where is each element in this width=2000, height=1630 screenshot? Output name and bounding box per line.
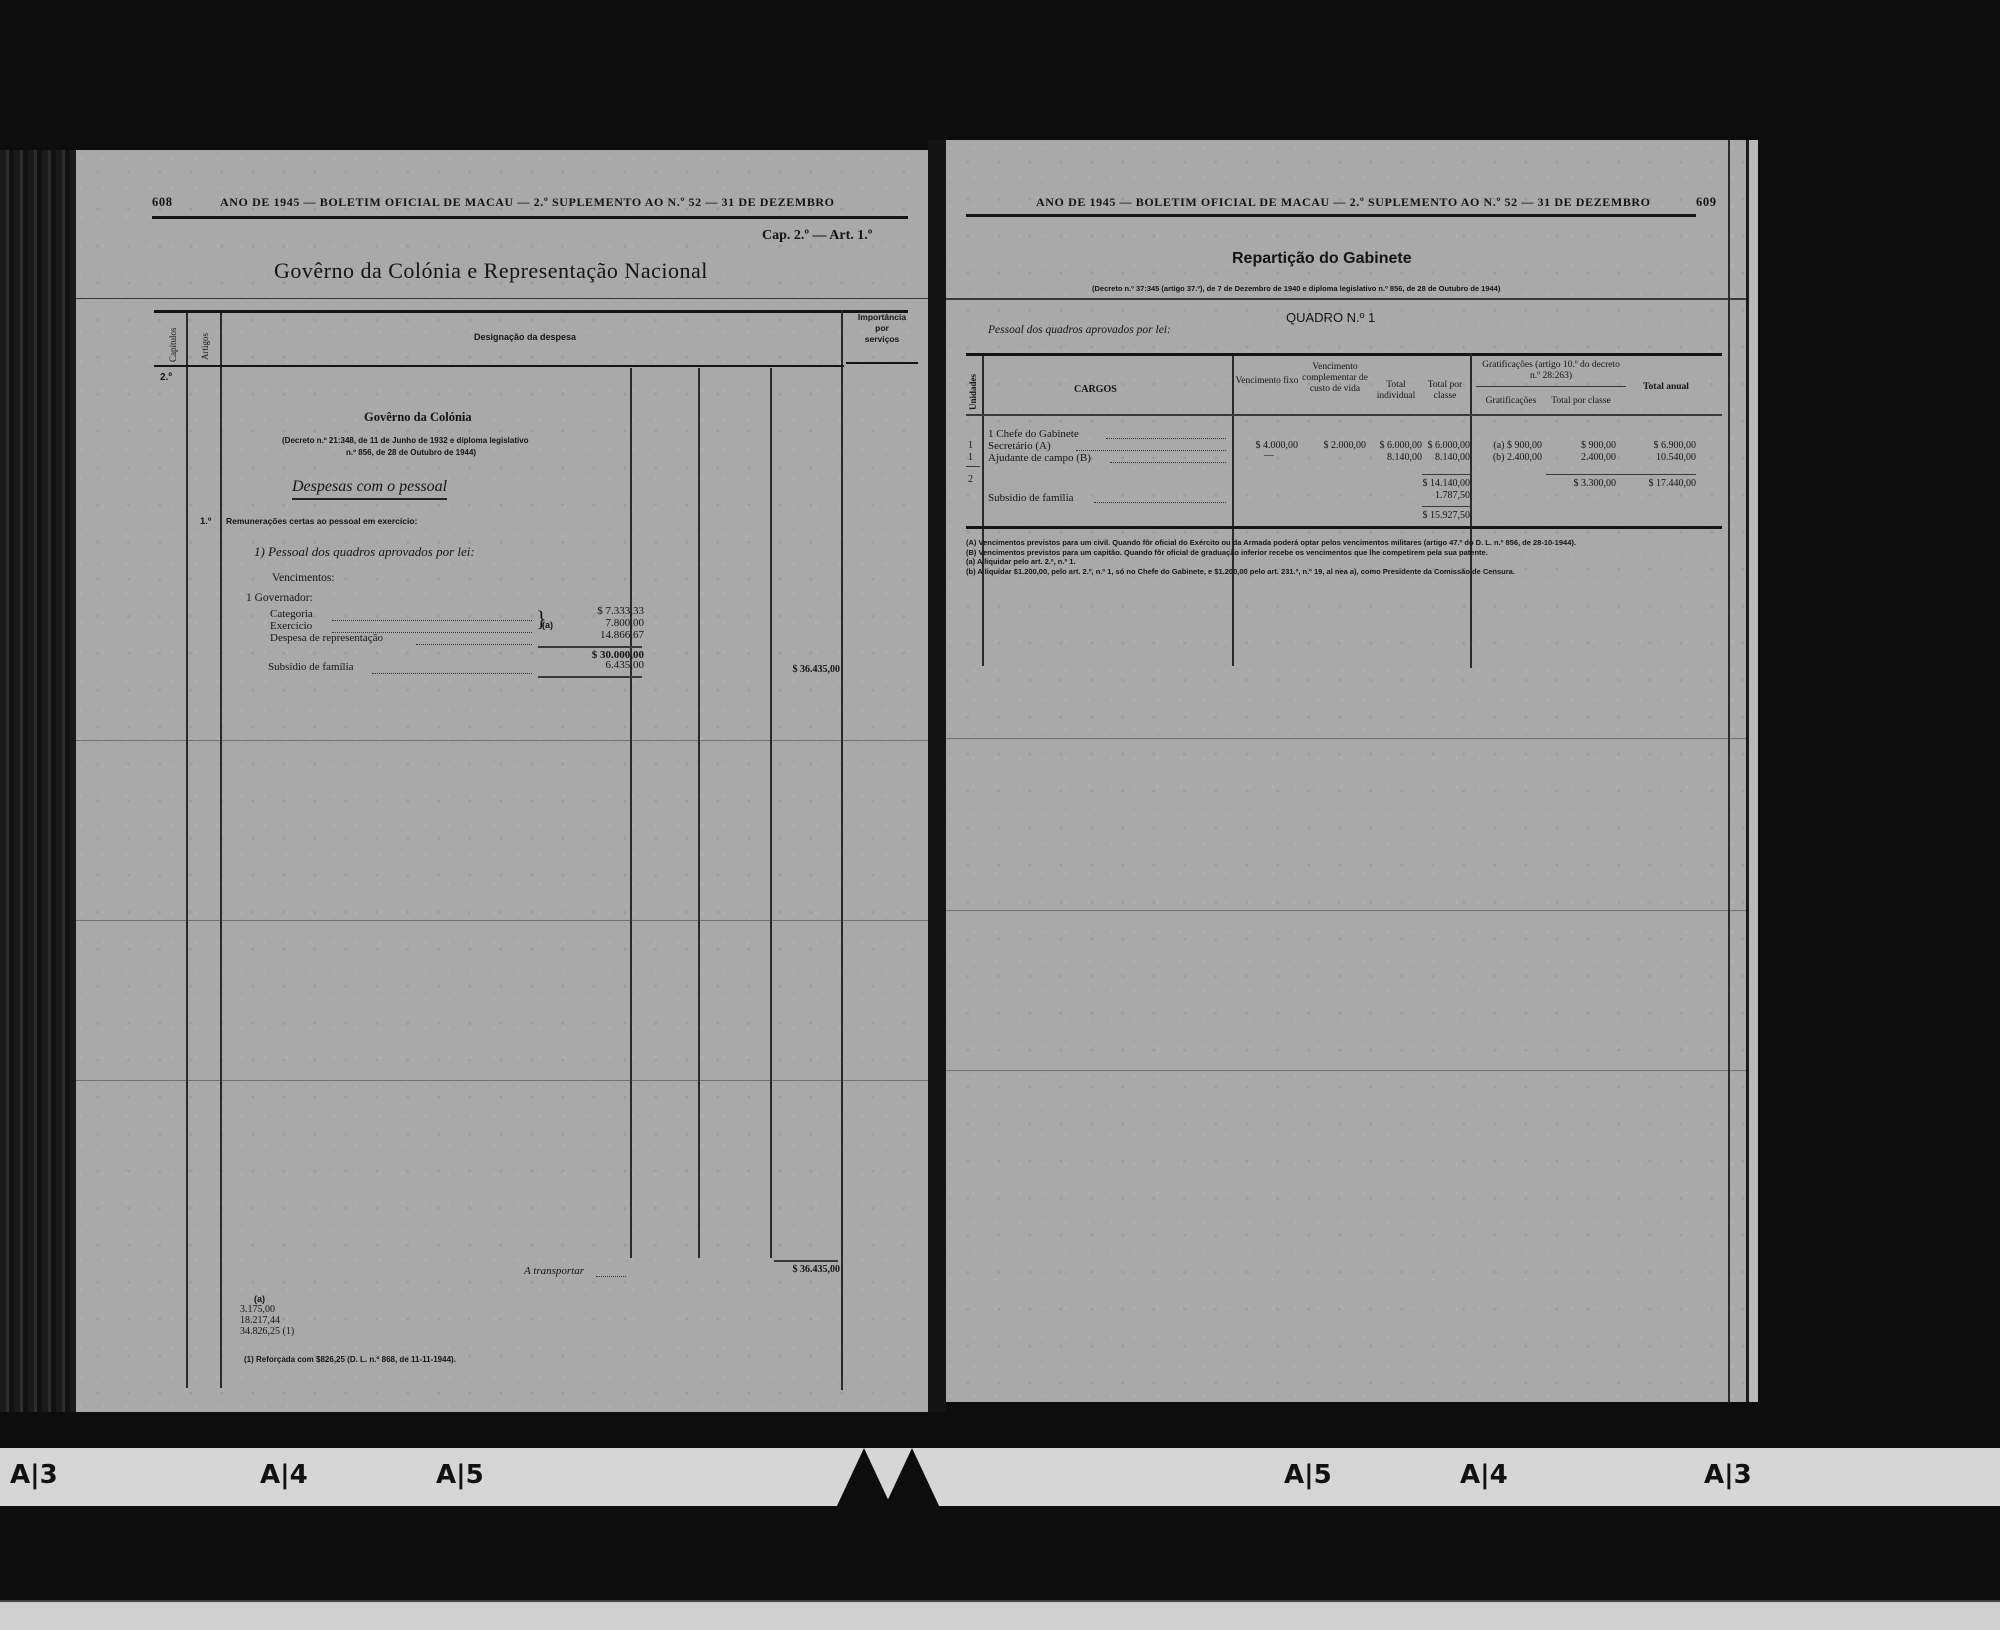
leader-dots bbox=[1094, 502, 1226, 503]
col-divider bbox=[1232, 356, 1234, 666]
column-total: $ 36.435,00 bbox=[772, 664, 840, 675]
bracket-note: (a) bbox=[542, 620, 553, 630]
film-right-edge bbox=[1746, 140, 1758, 1402]
row-total-ind: $ 6.000,00 bbox=[1366, 440, 1422, 451]
header-capitulos: Capítulos bbox=[168, 327, 178, 362]
table-bottom-rule bbox=[966, 526, 1722, 529]
footnote-B: (B) Vencimentos previstos para um capitã… bbox=[966, 548, 1706, 558]
footnotes: (A) Vencimentos previstos para um civil.… bbox=[966, 538, 1706, 576]
transport-label: A transportar bbox=[524, 1265, 584, 1277]
header-bottom-rule bbox=[154, 365, 844, 367]
row-total-ind: 8.140,00 bbox=[1366, 452, 1422, 463]
row-grat-total: $ 900,00 bbox=[1546, 440, 1616, 451]
film-left-edge bbox=[0, 150, 76, 1412]
right-decree: (Decreto n.º 37:345 (artigo 37.º), de 7 … bbox=[1092, 284, 1500, 293]
row-value-categoria: $ 7.333,33 bbox=[564, 605, 644, 617]
quadro-title: QUADRO N.º 1 bbox=[1286, 310, 1375, 325]
subsidio-label: Subsídio de família bbox=[268, 661, 354, 673]
header-bottom-rule bbox=[966, 414, 1722, 416]
frame-mark: A|3 bbox=[1704, 1460, 1752, 1490]
row-unidades: 1 bbox=[968, 440, 973, 451]
item-1-number: 1.º bbox=[200, 516, 211, 527]
row-cargo: Ajudante de campo (B) bbox=[988, 452, 1091, 464]
frame-mark: A|5 bbox=[436, 1460, 484, 1490]
section-title: Govêrno da Colónia bbox=[364, 410, 472, 425]
note-a-value-3: 34.826,25 (1) bbox=[240, 1326, 294, 1337]
leader-dots bbox=[1106, 438, 1226, 439]
row-total-anual: $ 6.900,00 bbox=[1622, 440, 1696, 451]
transport-rule bbox=[774, 1260, 838, 1262]
header-cargos: CARGOS bbox=[1074, 384, 1117, 395]
row-total-classe: $ 6.000,00 bbox=[1422, 440, 1470, 451]
row-grat: (a) $ 900,00 bbox=[1472, 440, 1542, 451]
header-gratificacoes: Gratificações bbox=[1476, 396, 1546, 407]
note-a-value-1: 3.175,00 bbox=[240, 1304, 275, 1315]
col-divider bbox=[1470, 353, 1472, 668]
leader-dots bbox=[596, 1276, 626, 1277]
row-total-anual: $ 17.440,00 bbox=[1616, 478, 1696, 489]
leader-dots bbox=[372, 673, 532, 674]
footnote-1: (1) Reforçada com $826,25 (D. L. n.º 868… bbox=[244, 1355, 456, 1364]
col-divider bbox=[698, 368, 700, 1258]
section-decree-line2: n.º 856, de 28 de Outubro de 1944) bbox=[346, 448, 476, 457]
scan-line bbox=[946, 738, 1746, 739]
film-strip-lower bbox=[0, 1600, 2000, 1630]
leader-dots bbox=[1076, 450, 1226, 451]
book-gutter bbox=[928, 140, 946, 1412]
col-divider bbox=[841, 310, 843, 1390]
frame-mark: A|4 bbox=[260, 1460, 308, 1490]
transport-value: $ 36.435,00 bbox=[772, 1264, 840, 1275]
subsection-title: Despesas com o pessoal bbox=[292, 478, 447, 500]
leader-dots bbox=[332, 620, 532, 621]
item-1-text: Remunerações certas ao pessoal em exercí… bbox=[226, 516, 417, 526]
header-vencimento-fixo: Vencimento fixo bbox=[1234, 376, 1300, 387]
scan-line bbox=[946, 910, 1746, 911]
col-divider bbox=[186, 313, 188, 1388]
frame-mark: A|4 bbox=[1460, 1460, 1508, 1490]
col-divider bbox=[982, 356, 984, 666]
rule bbox=[966, 466, 980, 467]
header-total-por-classe: Total por classe bbox=[1420, 380, 1470, 402]
row-value-representacao: 14.866,67 bbox=[564, 629, 644, 641]
header-bottom-rule bbox=[846, 362, 918, 364]
header-artigos: Artigos bbox=[200, 333, 210, 360]
scan-line bbox=[946, 298, 1746, 300]
row-venc-comp: $ 2.000,00 bbox=[1300, 440, 1366, 451]
group-rule bbox=[1476, 386, 1626, 387]
footnote-b: (b) A liquidar $1.200,00, pelo art. 2.º,… bbox=[966, 567, 1706, 577]
row-cargo: 1 Chefe do Gabinete bbox=[988, 428, 1079, 440]
left-running-head: ANO DE 1945 — BOLETIM OFICIAL DE MACAU —… bbox=[220, 195, 835, 210]
right-page-number: 609 bbox=[1696, 195, 1717, 210]
frame-mark: A|5 bbox=[1284, 1460, 1332, 1490]
note-a-value-2: 18.217,44 bbox=[240, 1315, 280, 1326]
right-running-head: ANO DE 1945 — BOLETIM OFICIAL DE MACAU —… bbox=[1036, 195, 1651, 210]
row-total-classe: 8.140,00 bbox=[1422, 452, 1470, 463]
film-notch bbox=[884, 1448, 940, 1508]
scan-line bbox=[76, 298, 928, 299]
row-grat: (b) 2.400,00 bbox=[1472, 452, 1542, 463]
row-total-classe: $ 15.927,50 bbox=[1412, 510, 1470, 521]
scan-line bbox=[946, 1070, 1746, 1071]
right-page-title: Repartição do Gabinete bbox=[1232, 250, 1412, 268]
vencimentos-label: Vencimentos: bbox=[272, 572, 335, 584]
header-grat-total-por-classe: Total por classe bbox=[1546, 396, 1616, 407]
header-rule bbox=[966, 214, 1696, 217]
scan-line bbox=[76, 920, 928, 921]
note-a-label: (a) bbox=[254, 1294, 265, 1304]
row-unidades: 1 bbox=[968, 452, 973, 463]
frame-mark: A|3 bbox=[10, 1460, 58, 1490]
scan-line bbox=[76, 1080, 928, 1081]
row-venc-fixo: — bbox=[1234, 450, 1274, 461]
header-total-anual: Total anual bbox=[1636, 382, 1696, 393]
header-unidades: Unidades bbox=[968, 374, 978, 410]
row-label-representacao: Despesa de representação bbox=[270, 632, 383, 644]
row-grat-total: 2.400,00 bbox=[1546, 452, 1616, 463]
left-page-number: 608 bbox=[152, 195, 173, 210]
row-total-anual: 10.540,00 bbox=[1622, 452, 1696, 463]
capitulo-value: 2.º bbox=[160, 372, 172, 383]
header-designacao: Designação da despesa bbox=[474, 332, 576, 342]
row-cargo: Subsídio de família bbox=[988, 492, 1074, 504]
col-divider bbox=[220, 313, 222, 1388]
table-top-rule bbox=[966, 353, 1722, 356]
table-top-rule bbox=[154, 310, 908, 313]
total-rule bbox=[538, 676, 642, 678]
subtotal-rule bbox=[538, 646, 642, 648]
leader-dots bbox=[416, 644, 532, 645]
row-total-classe: $ 14.140,00 bbox=[1412, 478, 1470, 489]
item-1-1: 1) Pessoal dos quadros aprovados por lei… bbox=[254, 544, 475, 560]
rule bbox=[1422, 506, 1470, 507]
quadro-subtitle: Pessoal dos quadros aprovados por lei: bbox=[988, 324, 1171, 336]
subsidio-value: 6.435,00 bbox=[564, 659, 644, 671]
rule bbox=[1422, 474, 1470, 475]
header-rule bbox=[152, 216, 908, 219]
row-label-categoria: Categoria bbox=[270, 608, 313, 620]
left-page-title: Govêrno da Colónia e Representação Nacio… bbox=[274, 258, 708, 284]
row-grat-total: $ 3.300,00 bbox=[1542, 478, 1616, 489]
section-decree-line1: (Decreto n.º 21:348, de 11 de Junho de 1… bbox=[282, 436, 529, 445]
row-label-exercicio: Exercício bbox=[270, 620, 312, 632]
col-divider bbox=[770, 368, 772, 1258]
leader-dots bbox=[1110, 462, 1226, 463]
chapter-ref: Cap. 2.º — Art. 1.º bbox=[762, 228, 872, 244]
row-total-classe: 1.787,50 bbox=[1422, 490, 1470, 501]
footnote-A: (A) Vencimentos previstos para um civil.… bbox=[966, 538, 1706, 548]
header-total-individual: Total individual bbox=[1368, 380, 1424, 402]
right-page: ANO DE 1945 — BOLETIM OFICIAL DE MACAU —… bbox=[946, 140, 1746, 1402]
governador-label: 1 Governador: bbox=[246, 592, 313, 604]
left-page: 608 ANO DE 1945 — BOLETIM OFICIAL DE MAC… bbox=[76, 150, 928, 1412]
row-cargo: Secretário (A) bbox=[988, 440, 1051, 452]
header-gratificacoes-group: Gratificações (artigo 10.º do decreto n.… bbox=[1476, 360, 1626, 382]
rule bbox=[1546, 474, 1696, 475]
header-vencimento-complementar: Vencimento complementar de custo de vida bbox=[1300, 362, 1370, 395]
row-value-exercicio: 7.800,00 bbox=[564, 617, 644, 629]
header-importancia: Importância por serviços bbox=[846, 312, 918, 345]
scan-line bbox=[76, 740, 928, 741]
page-edge-line bbox=[1728, 140, 1730, 1402]
row-unidades: 2 bbox=[968, 474, 973, 485]
footnote-a: (a) A liquidar pelo art. 2.º, n.º 1. bbox=[966, 557, 1706, 567]
col-divider bbox=[630, 368, 632, 1258]
